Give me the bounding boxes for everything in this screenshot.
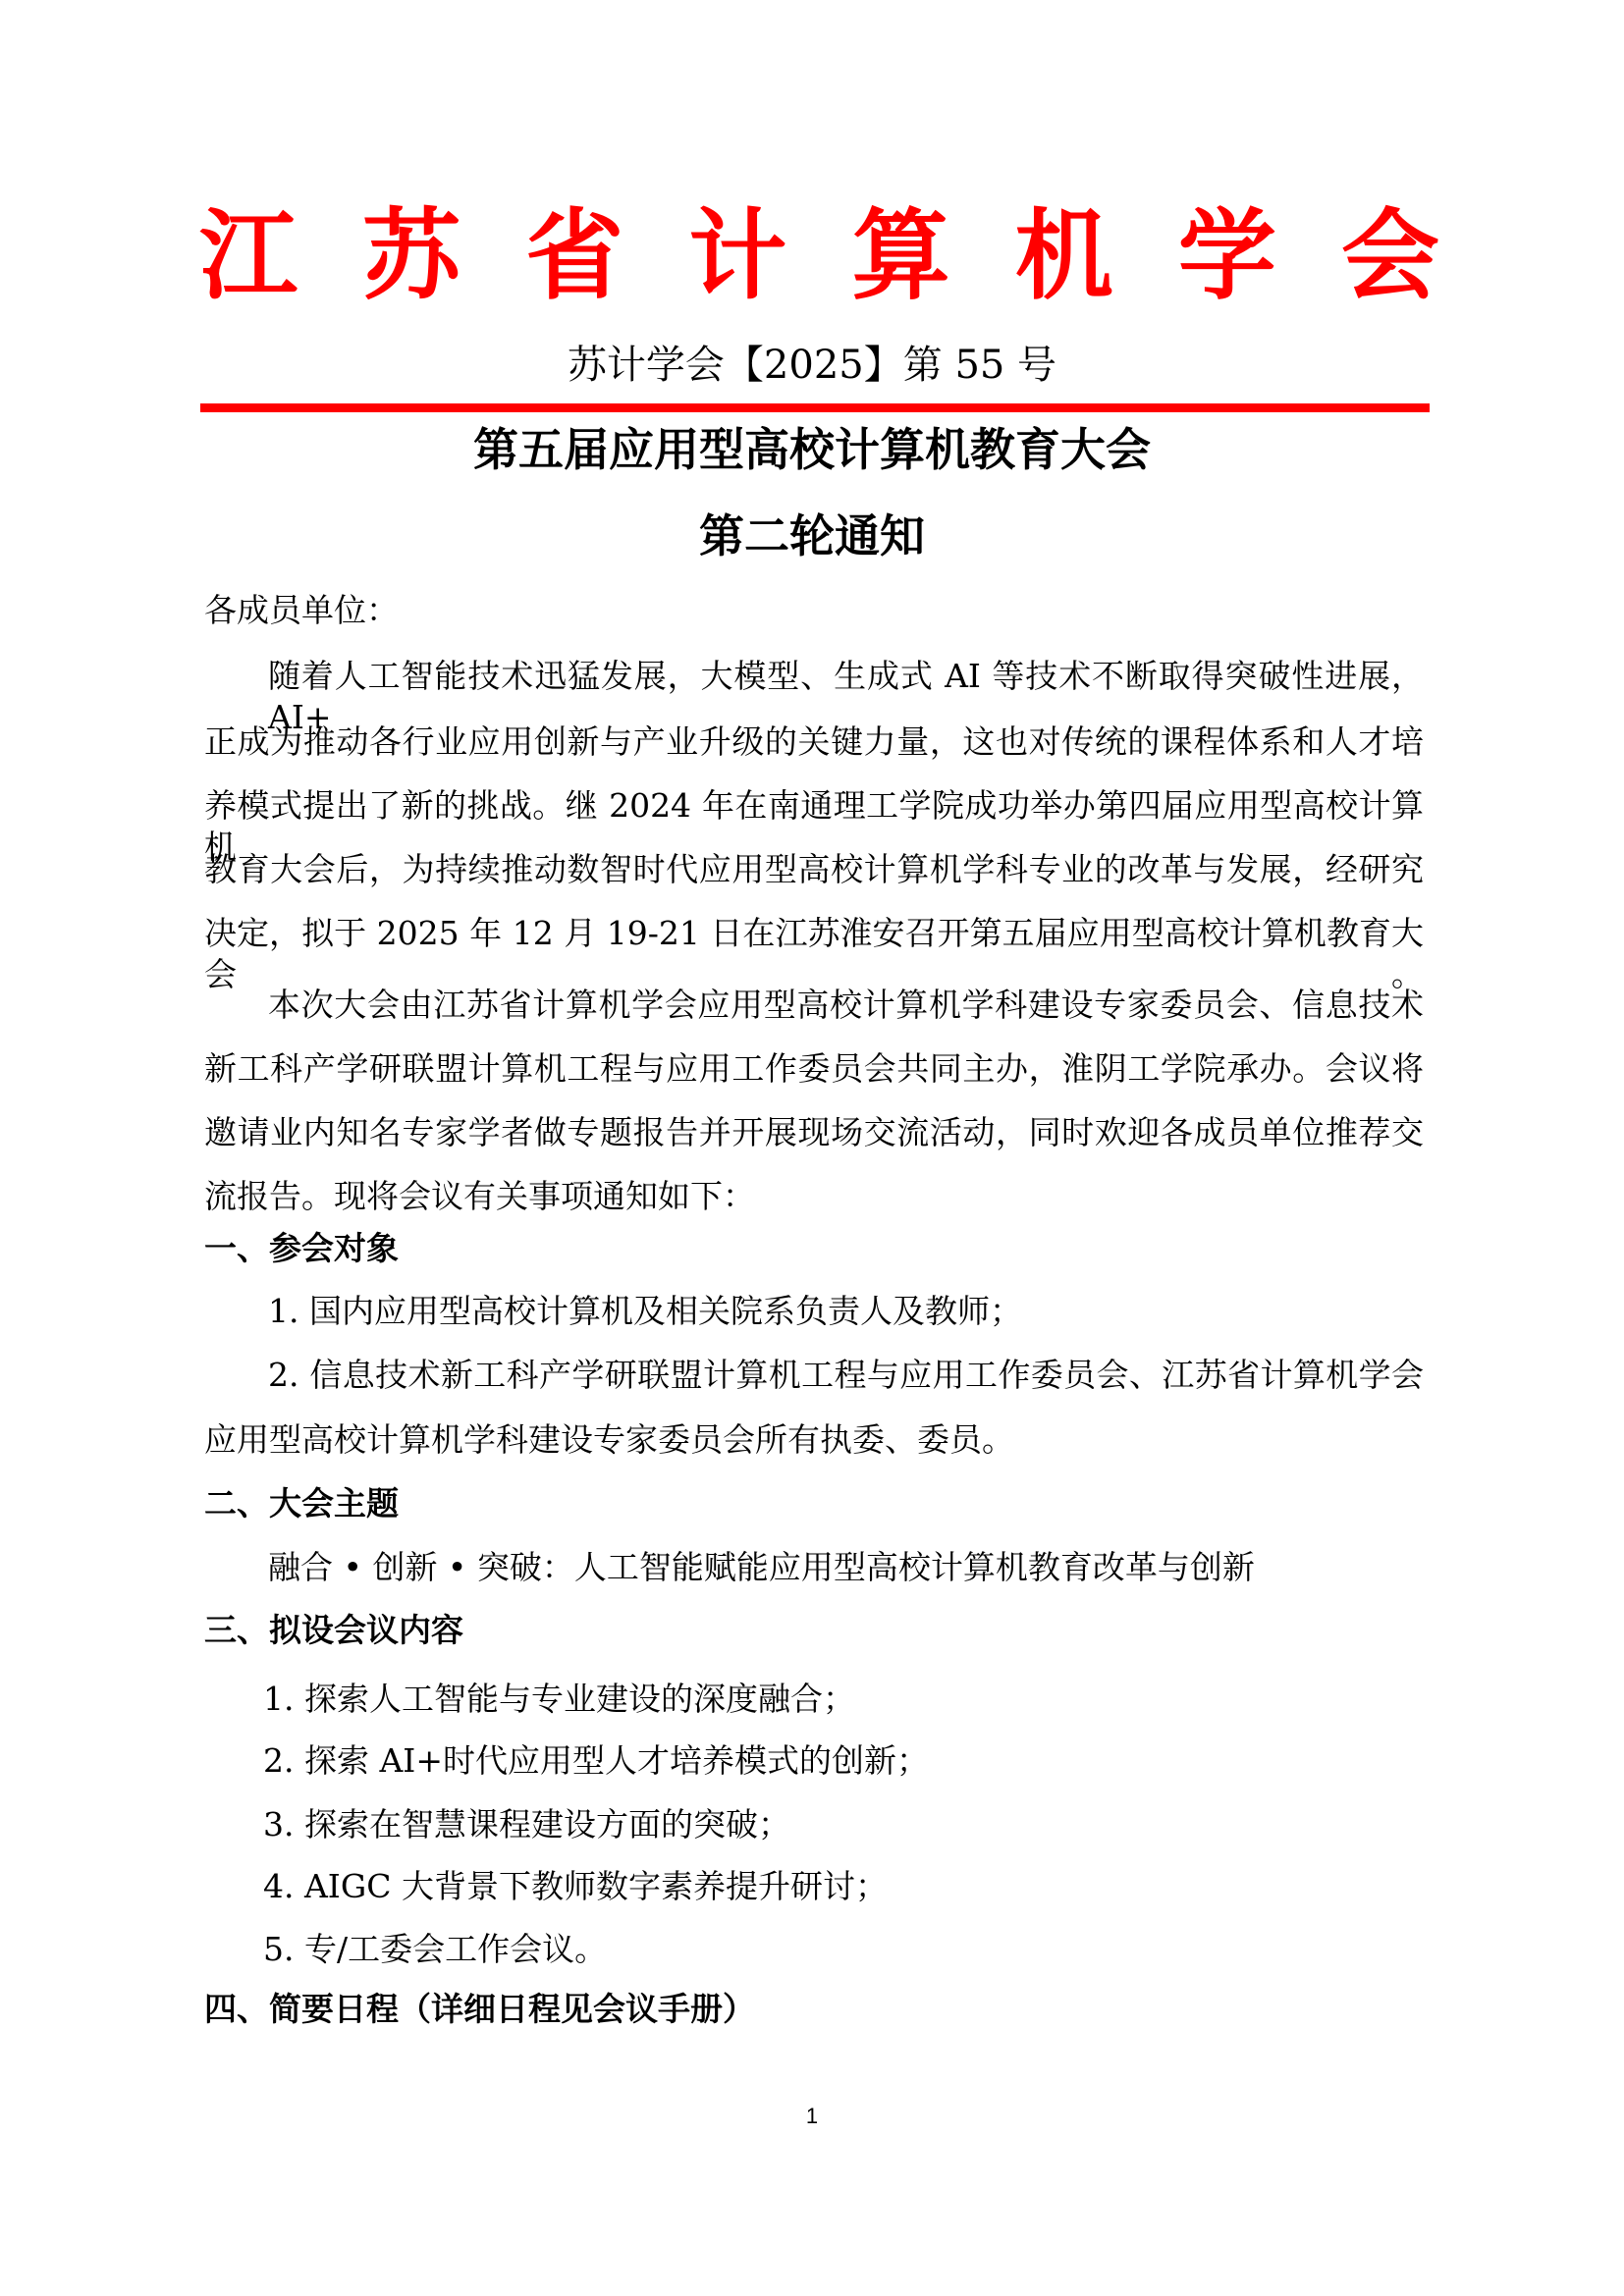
list-item-continuation: 应用型高校计算机学科建设专家委员会所有执委、委员。	[204, 1419, 1424, 1461]
list-item: 2. 信息技术新工科产学研联盟计算机工程与应用工作委员会、江苏省计算机学会	[268, 1355, 1424, 1396]
salutation: 各成员单位：	[204, 590, 1424, 631]
red-divider-rule	[200, 403, 1430, 412]
list-item: 1. 探索人工智能与专业建设的深度融合；	[263, 1679, 1424, 1720]
masthead-char: 机	[1015, 196, 1113, 314]
list-item: 5. 专/工委会工作会议。	[263, 1929, 1424, 1970]
paragraph-line: 正成为推动各行业应用创新与产业升级的关键力量，这也对传统的课程体系和人才培	[204, 721, 1424, 763]
section-heading-content: 三、拟设会议内容	[204, 1610, 1424, 1651]
masthead-char: 计	[688, 196, 786, 314]
section-heading-participants: 一、参会对象	[204, 1228, 1424, 1269]
page-number: 1	[0, 2103, 1624, 2130]
section-heading-theme: 二、大会主题	[204, 1483, 1424, 1524]
document-subtitle: 第二轮通知	[0, 508, 1624, 563]
paragraph-line: 新工科产学研联盟计算机工程与应用工作委员会共同主办，淮阴工学院承办。会议将	[204, 1048, 1424, 1090]
masthead-char: 省	[525, 196, 623, 314]
section-heading-schedule: 四、简要日程（详细日程见会议手册）	[204, 1989, 1424, 2030]
conference-theme: 融合 • 创新 • 突破：人工智能赋能应用型高校计算机教育改革与创新	[268, 1547, 1424, 1588]
document-title: 第五届应用型高校计算机教育大会	[0, 422, 1624, 477]
masthead-org-name: 江 苏 省 计 算 机 学 会	[199, 196, 1439, 314]
masthead-char: 会	[1341, 196, 1439, 314]
list-item: 2. 探索 AI+时代应用型人才培养模式的创新；	[263, 1740, 1424, 1782]
list-item: 1. 国内应用型高校计算机及相关院系负责人及教师；	[268, 1291, 1424, 1332]
masthead-char: 苏	[362, 196, 460, 314]
document-page: 江 苏 省 计 算 机 学 会 苏计学会【2025】第 55 号 第五届应用型高…	[0, 0, 1624, 2296]
paragraph-line: 决定，拟于 2025 年 12 月 19-21 日在江苏淮安召开第五届应用型高校…	[204, 913, 1424, 995]
document-number: 苏计学会【2025】第 55 号	[0, 340, 1624, 391]
list-item: 3. 探索在智慧课程建设方面的突破；	[263, 1804, 1424, 1845]
paragraph-line: 教育大会后，为持续推动数智时代应用型高校计算机学科专业的改革与发展，经研究	[204, 849, 1424, 890]
paragraph-line: 流报告。现将会议有关事项通知如下：	[204, 1176, 1424, 1217]
masthead-char: 算	[852, 196, 950, 314]
list-item: 4. AIGC 大背景下教师数字素养提升研讨；	[263, 1866, 1424, 1907]
paragraph-line: 邀请业内知名专家学者做专题报告并开展现场交流活动，同时欢迎各成员单位推荐交	[204, 1112, 1424, 1153]
paragraph-line: 本次大会由江苏省计算机学会应用型高校计算机学科建设专家委员会、信息技术	[268, 985, 1424, 1026]
masthead-char: 学	[1178, 196, 1276, 314]
masthead-char: 江	[199, 196, 298, 314]
